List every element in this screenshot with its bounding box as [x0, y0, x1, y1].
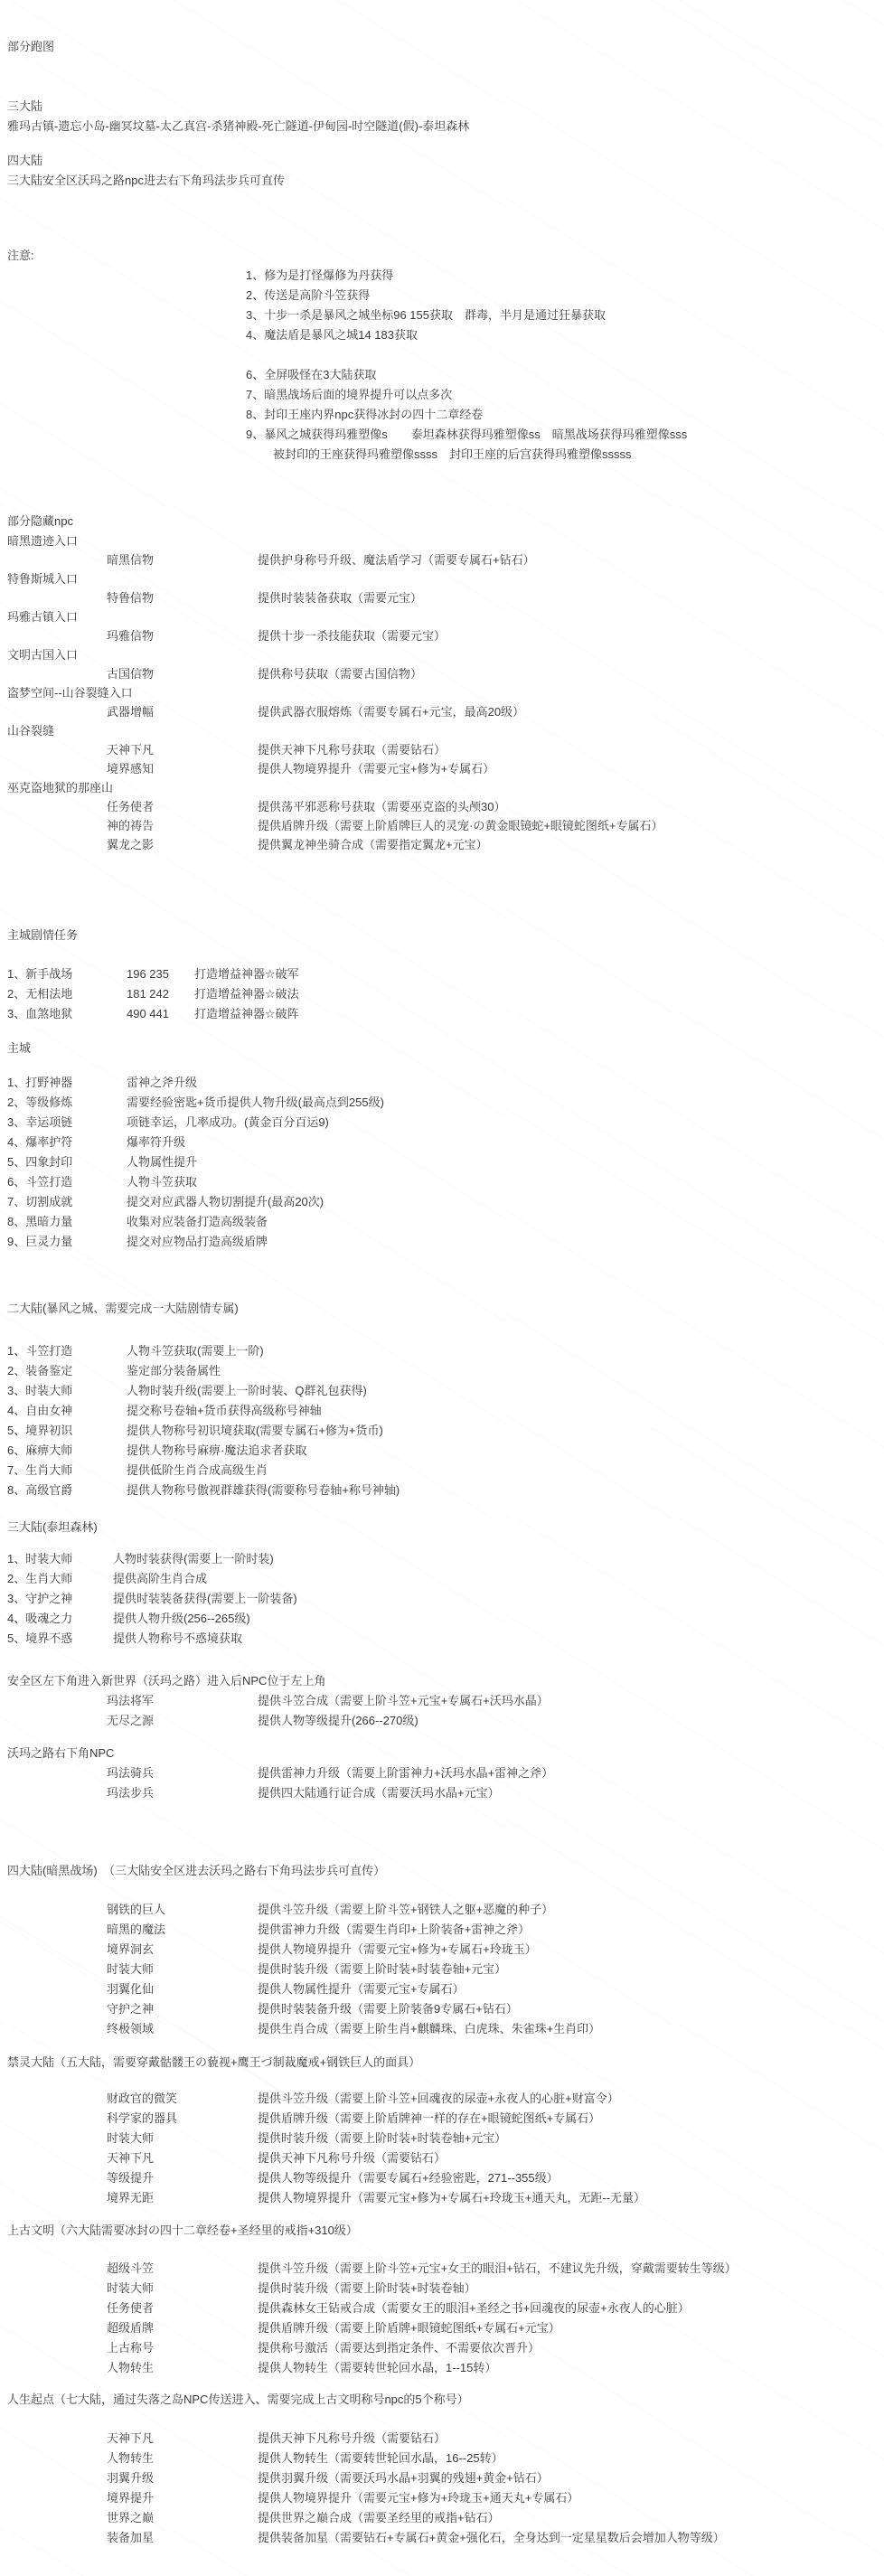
npc-name: 科学家的器具: [107, 2109, 258, 2129]
feature-description: 提供高阶生肖合成: [113, 1572, 207, 1585]
feature-row: 3、幸运项链项链幸运，几率成功。(黄金百分百运9): [7, 1113, 877, 1133]
feature-name: 2、生肖大师: [7, 1569, 113, 1589]
feature-row: 1、时装大师人物时装获得(需要上一阶时装): [7, 1549, 877, 1569]
section-line: 主城: [7, 1039, 877, 1058]
feature-name: 2、等级修炼: [7, 1093, 127, 1113]
npc-name: 守护之神: [107, 1999, 258, 2019]
feature-description: 人物时装升级(需要上一阶时装、Q群礼包获得): [127, 1384, 367, 1397]
feature-description: 提供人物称号傲视群雄获得(需要称号卷轴+称号神轴): [127, 1483, 400, 1497]
feature-description: 提供低阶生肖合成高级生肖: [127, 1463, 268, 1477]
npc-name: 境界洞玄: [107, 1940, 258, 1960]
npc-description: 提供四大陆通行证合成（需要沃玛水晶+元宝）: [258, 1786, 500, 1800]
feature-description: 人物时装获得(需要上一阶时装): [113, 1552, 274, 1565]
npc-description: 提供盾牌升级（需要上阶盾牌巨人的灵宠·の黄金眼镜蛇+眼镜蛇图纸+专属石）: [258, 819, 663, 832]
feature-description: 提交对应物品打造高级盾牌: [127, 1235, 268, 1248]
npc-description: 提供时装装备升级（需要上阶装备9专属石+钻石）: [258, 2002, 518, 2016]
spacer: [7, 1500, 8, 1518]
feature-name: 5、境界不惑: [7, 1629, 113, 1649]
npc-name: 翼龙之影: [107, 835, 258, 854]
npc-row: 玛法步兵提供四大陆通行证合成（需要沃玛水晶+元宝）: [7, 1783, 877, 1803]
feature-row: 6、麻痹大师提供人物称号麻痹·魔法追求者获取: [7, 1441, 877, 1461]
feature-description: 鉴定部分装备属性: [127, 1364, 221, 1377]
task-description: 打造增益神器☆破军: [194, 967, 299, 981]
npc-row: 天神下凡提供天神下凡称号获取（需要钻石）: [7, 740, 877, 759]
spacer: [7, 2378, 8, 2390]
feature-row: 8、高级官爵提供人物称号傲视群雄获得(需要称号卷轴+称号神轴): [7, 1481, 877, 1500]
feature-row: 5、境界初识提供人物称号初识境获取(需要专属石+修为+货币): [7, 1421, 877, 1441]
npc-name: 玛雅信物: [107, 626, 258, 645]
npc-group-header: 文明古国入口: [7, 645, 877, 664]
section-line: 上古文明（六大陆需要冰封の四十二章经卷+圣经里的戒指+310级）: [7, 2221, 877, 2241]
spacer: [7, 2039, 8, 2053]
feature-row: 2、生肖大师提供高阶生肖合成: [7, 1569, 877, 1589]
feature-row: 4、自由女神提交称号卷轴+货币获得高级称号神轴: [7, 1401, 877, 1421]
npc-row: 人物转生提供人物转生（需要转世轮回水晶，16--25转）: [7, 2449, 877, 2468]
npc-description: 提供人物等级提升（需要专属石+经验密匙，271--355级）: [258, 2171, 559, 2185]
feature-row: 5、四象封印人物属性提升: [7, 1152, 877, 1172]
spacer: [7, 1881, 8, 1900]
npc-description: 提供十步一杀技能获取（需要元宝）: [258, 629, 446, 643]
feature-name: 8、黑暗力量: [7, 1212, 127, 1232]
section-line: 二大陆(暴风之城、需要完成一大陆剧情专属): [7, 1299, 877, 1319]
spacer: [7, 1024, 8, 1039]
feature-description: 提交称号卷轴+货币获得高级称号神轴: [127, 1404, 322, 1417]
npc-description: 提供时装升级（需要上阶时装+时装卷轴+元宝）: [258, 2131, 506, 2145]
npc-description: 提供称号激活（需要达到指定条件、不需要依次晋升）: [258, 2341, 540, 2355]
npc-row: 任务使者提供森林女王钻戒合成（需要女王的眼泪+圣经之书+回魂夜的尿壶+永夜人的心…: [7, 2299, 877, 2318]
npc-name: 境界感知: [107, 759, 258, 778]
section-line: 安全区左下角进入新世界（沃玛之路）进入后NPC位于左上角: [7, 1671, 877, 1691]
npc-row: 境界无距提供人物境界提升（需要元宝+修为+专属石+玲珑玉+通天丸，无距--无量）: [7, 2188, 877, 2208]
npc-name: 时装大师: [107, 2279, 258, 2299]
task-description: 打造增益神器☆破阵: [194, 1007, 299, 1020]
task-name: 1、新手战场: [7, 964, 127, 984]
npc-row: 玛法将军提供斗笠合成（需要上阶斗笠+元宝+专属石+沃玛水晶）: [7, 1691, 877, 1711]
spacer: [7, 1319, 8, 1341]
feature-name: 6、斗笠打造: [7, 1172, 127, 1192]
section-line: 三大陆(泰坦森林): [7, 1518, 877, 1537]
feature-row: 9、巨灵力量提交对应物品打造高级盾牌: [7, 1232, 877, 1252]
npc-name: 无尽之源: [107, 1711, 258, 1731]
section-line: 四大陆: [7, 151, 877, 171]
npc-name: 钢铁的巨人: [107, 1900, 258, 1920]
npc-description: 提供护身称号升级、魔法盾学习（需要专属石+钻石）: [258, 553, 535, 567]
npc-group-header: 盗梦空间--山谷裂缝入口: [7, 683, 877, 702]
npc-description: 提供生肖合成（需要上阶生肖+麒麟珠、白虎珠、朱雀珠+生肖印）: [258, 2022, 600, 2035]
npc-row: 境界洞玄提供人物境界提升（需要元宝+修为+专属石+玲珑玉）: [7, 1940, 877, 1960]
feature-description: 项链幸运，几率成功。(黄金百分百运9): [127, 1115, 329, 1129]
feature-row: 7、生肖大师提供低阶生肖合成高级生肖: [7, 1461, 877, 1481]
feature-name: 1、打野神器: [7, 1073, 127, 1093]
note-item: 4、魔法盾是暴风之城14 183获取: [7, 325, 877, 345]
feature-description: 雷神之斧升级: [127, 1076, 197, 1089]
feature-row: 1、打野神器雷神之斧升级: [7, 1073, 877, 1093]
section-line: 注意:: [7, 246, 877, 266]
npc-row: 装备加星提供装备加星（需要钻石+专属石+黄金+强化石，全身达到一定星星数后会增加…: [7, 2528, 877, 2548]
npc-description: 提供人物转生（需要转世轮回水晶，16--25转）: [258, 2451, 503, 2465]
note-item: 6、全屏吸怪在3大陆获取: [7, 365, 877, 385]
npc-row: 超级盾牌提供盾牌升级（需要上阶盾牌+眼镜蛇图纸+专属石+元宝）: [7, 2318, 877, 2338]
feature-name: 3、守护之神: [7, 1589, 113, 1609]
feature-row: 8、黑暗力量收集对应装备打造高级装备: [7, 1212, 877, 1232]
feature-description: 爆率符升级: [127, 1135, 185, 1149]
section-line: 部分隐藏npc: [7, 512, 877, 531]
npc-description: 提供人物境界提升（需要元宝+修为+专属石）: [258, 762, 494, 776]
feature-description: 人物属性提升: [127, 1155, 197, 1169]
npc-name: 时装大师: [107, 1960, 258, 1979]
npc-row: 时装大师提供时装升级（需要上阶时装+时装卷轴+元宝）: [7, 1960, 877, 1979]
spacer: [7, 1537, 8, 1549]
npc-name: 玛法将军: [107, 1691, 258, 1711]
task-coordinates: 196 235: [127, 964, 194, 984]
spacer: [7, 1803, 8, 1861]
spacer: [7, 854, 8, 926]
feature-description: 人物斗笠获取: [127, 1175, 197, 1189]
npc-group-header: 暗黑遗迹入口: [7, 531, 877, 550]
npc-name: 羽翼升级: [107, 2468, 258, 2488]
npc-row: 上古称号提供称号激活（需要达到指定条件、不需要依次晋升）: [7, 2338, 877, 2358]
feature-name: 9、巨灵力量: [7, 1232, 127, 1252]
feature-row: 7、切割成就提交对应武器人物切割提升(最高20次): [7, 1192, 877, 1212]
feature-name: 4、吸魂之力: [7, 1609, 113, 1629]
npc-row: 人物转生提供人物转生（需要转世轮回水晶，1--15转）: [7, 2358, 877, 2378]
npc-name: 终极领域: [107, 2019, 258, 2039]
npc-row: 神的祷告提供盾牌升级（需要上阶盾牌巨人的灵宠·の黄金眼镜蛇+眼镜蛇图纸+专属石）: [7, 816, 877, 835]
feature-row: 3、守护之神提供时装装备获得(需要上一阶装备): [7, 1589, 877, 1609]
note-item-continued: 被封印的王座获得玛雅塑像ssss 封印王座的后宫获得玛雅塑像sssss: [7, 445, 877, 465]
feature-description: 提供人物称号不惑境获取: [113, 1631, 242, 1645]
npc-name: 天神下凡: [107, 740, 258, 759]
feature-name: 7、生肖大师: [7, 1461, 127, 1481]
npc-row: 任务使者提供荡平邪恶称号获取（需要巫克盗的头颅30）: [7, 797, 877, 816]
npc-description: 提供荡平邪恶称号获取（需要巫克盗的头颅30）: [258, 800, 505, 813]
section-line: 四大陆(暗黑战场) （三大陆安全区进去沃玛之路右下角玛法步兵可直传）: [7, 1861, 877, 1881]
npc-name: 古国信物: [107, 664, 258, 683]
npc-row: 财政官的微笑提供斗笠升级（需要上阶斗笠+回魂夜的尿壶+永夜人的心脏+财富令）: [7, 2089, 877, 2109]
spacer: [7, 1058, 8, 1073]
npc-row: 翼龙之影提供翼龙神坐骑合成（需要指定翼龙+元宝）: [7, 835, 877, 854]
feature-row: 6、斗笠打造人物斗笠获取: [7, 1172, 877, 1192]
npc-group-header: 山谷裂缝: [7, 721, 877, 740]
spacer: [7, 136, 8, 151]
npc-name: 人物转生: [107, 2358, 258, 2378]
npc-name: 财政官的微笑: [107, 2089, 258, 2109]
npc-description: 提供时装升级（需要上阶时装+时装卷轴）: [258, 2281, 476, 2295]
section-line: 主城剧情任务: [7, 926, 877, 945]
feature-description: 人物斗笠获取(需要上一阶): [127, 1344, 264, 1358]
feature-row: 3、时装大师人物时装升级(需要上一阶时装、Q群礼包获得): [7, 1381, 877, 1401]
feature-name: 1、斗笠打造: [7, 1341, 127, 1361]
npc-row: 古国信物提供称号获取（需要古国信物）: [7, 664, 877, 683]
npc-description: 提供人物境界提升（需要元宝+修为+专属石+玲珑玉）: [258, 1942, 537, 1956]
npc-name: 人物转生: [107, 2449, 258, 2468]
npc-description: 提供武器衣服熔炼（需要专属石+元宝，最高20级）: [258, 705, 524, 719]
npc-name: 世界之巅: [107, 2508, 258, 2528]
spacer: [7, 2241, 8, 2259]
npc-row: 超级斗笠提供斗笠升级（需要上阶斗笠+元宝+女王的眼泪+钻石，不建议先升级，穿戴需…: [7, 2259, 877, 2279]
feature-name: 5、境界初识: [7, 1421, 127, 1441]
npc-name: 境界提升: [107, 2488, 258, 2508]
npc-name: 羽翼化仙: [107, 1979, 258, 1999]
spacer: [7, 2073, 8, 2089]
task-description: 打造增益神器☆破法: [194, 987, 299, 1001]
spacer: [7, 191, 8, 246]
npc-description: 提供斗笠升级（需要上阶斗笠+钢铁人之躯+恶魔的种子）: [258, 1903, 553, 1916]
feature-row: 4、吸魂之力提供人物升级(256--265级): [7, 1609, 877, 1629]
feature-description: 提供人物升级(256--265级): [113, 1612, 250, 1625]
spacer: [7, 945, 8, 964]
npc-name: 天神下凡: [107, 2429, 258, 2449]
npc-row: 科学家的器具提供盾牌升级（需要上阶盾牌神一样的存在+眼镜蛇图纸+专属石）: [7, 2109, 877, 2129]
npc-name: 等级提升: [107, 2168, 258, 2188]
section-line: 三大陆: [7, 97, 877, 117]
task-coordinates: 490 441: [127, 1004, 194, 1024]
npc-name: 上古称号: [107, 2338, 258, 2358]
npc-description: 提供斗笠合成（需要上阶斗笠+元宝+专属石+沃玛水晶）: [258, 1694, 549, 1707]
feature-row: 5、境界不惑提供人物称号不惑境获取: [7, 1629, 877, 1649]
note-item: 7、暗黑战场后面的境界提升可以点多次: [7, 385, 877, 405]
story-task-row: 3、血煞地狱490 441打造增益神器☆破阵: [7, 1004, 877, 1024]
npc-description: 提供斗笠升级（需要上阶斗笠+元宝+女王的眼泪+钻石，不建议先升级，穿戴需要转生等…: [258, 2261, 737, 2275]
feature-name: 3、时装大师: [7, 1381, 127, 1401]
npc-row: 暗黑的魔法提供雷神力升级（需要生肖印+上阶装备+雷神之斧）: [7, 1920, 877, 1940]
npc-row: 羽翼升级提供羽翼升级（需要沃玛水晶+羽翼的残翅+黄金+钻石）: [7, 2468, 877, 2488]
guide-document: 部分跑图三大陆雅玛古镇-遗忘小岛-幽冥坟墓-太乙真宫-杀猪神殿-死亡隧道-伊甸园…: [0, 0, 884, 2548]
section-line: 禁灵大陆（五大陆，需要穿戴骷髅王の藐视+鹰王づ制裁魔戒+钢铁巨人的面具）: [7, 2053, 877, 2073]
npc-name: 境界无距: [107, 2188, 258, 2208]
page-title: 部分跑图: [7, 37, 877, 57]
feature-name: 4、爆率护符: [7, 1133, 127, 1152]
spacer: [7, 1731, 8, 1744]
feature-name: 2、装备鉴定: [7, 1361, 127, 1381]
npc-row: 天神下凡提供天神下凡称号升级（需要钻石）: [7, 2429, 877, 2449]
npc-name: 暗黑信物: [107, 550, 258, 569]
npc-row: 特鲁信物提供时装装备获取（需要元宝）: [7, 588, 877, 607]
npc-description: 提供称号获取（需要古国信物）: [258, 667, 422, 681]
task-name: 3、血煞地狱: [7, 1004, 127, 1024]
npc-row: 无尽之源提供人物等级提升(266--270级): [7, 1711, 877, 1731]
feature-description: 提供人物称号初识境获取(需要专属石+修为+货币): [127, 1424, 383, 1437]
npc-description: 提供盾牌升级（需要上阶盾牌+眼镜蛇图纸+专属石+元宝）: [258, 2321, 560, 2335]
npc-description: 提供翼龙神坐骑合成（需要指定翼龙+元宝）: [258, 838, 488, 851]
npc-row: 天神下凡提供天神下凡称号升级（需要钻石）: [7, 2148, 877, 2168]
npc-description: 提供天神下凡称号升级（需要钻石）: [258, 2151, 446, 2165]
npc-row: 世界之巅提供世界之巅合成（需要圣经里的戒指+钻石）: [7, 2508, 877, 2528]
npc-name: 玛法步兵: [107, 1783, 258, 1803]
story-task-row: 1、新手战场196 235打造增益神器☆破军: [7, 964, 877, 984]
npc-name: 装备加星: [107, 2528, 258, 2548]
npc-description: 提供人物境界提升（需要元宝+修为+玲珑玉+通天丸+专属石）: [258, 2491, 578, 2505]
npc-description: 提供世界之巅合成（需要圣经里的戒指+钻石）: [258, 2511, 500, 2524]
feature-row: 2、装备鉴定鉴定部分装备属性: [7, 1361, 877, 1381]
npc-description: 提供装备加星（需要钻石+专属石+黄金+强化石，全身达到一定星星数后会增加人物等级…: [258, 2531, 725, 2544]
task-name: 2、无相法地: [7, 984, 127, 1004]
section-line: 人生起点（七大陆，通过失落之岛NPC传送进入、需要完成上古文明称号npc的5个称…: [7, 2390, 877, 2410]
document-page: { "doc": { "title": "部分跑图", "blocks": [ …: [0, 0, 884, 2576]
npc-row: 等级提升提供人物等级提升（需要专属石+经验密匙，271--355级）: [7, 2168, 877, 2188]
spacer: [7, 2410, 8, 2429]
npc-row: 玛雅信物提供十步一杀技能获取（需要元宝）: [7, 626, 877, 645]
note-item: 9、暴风之城获得玛雅塑像s 泰坦森林获得玛雅塑像ss 暗黑战场获得玛雅塑像sss: [7, 425, 877, 445]
section-line: 三大陆安全区沃玛之路npc进去右下角玛法步兵可直传: [7, 171, 877, 191]
npc-group-header: 巫克盗地狱的那座山: [7, 778, 877, 797]
feature-name: 1、时装大师: [7, 1549, 113, 1569]
npc-name: 武器增幅: [107, 702, 258, 721]
npc-name: 神的祷告: [107, 816, 258, 835]
section-line: 沃玛之路右下角NPC: [7, 1744, 877, 1763]
npc-name: 超级斗笠: [107, 2259, 258, 2279]
feature-description: 需要经验密匙+货币提供人物升级(最高点到255级): [127, 1095, 384, 1109]
note-item: 2、传送是高阶斗笠获得: [7, 286, 877, 306]
feature-row: 4、爆率护符爆率符升级: [7, 1133, 877, 1152]
spacer: [7, 345, 8, 365]
note-item: 3、十步一杀是暴风之城坐标96 155获取 群毒，半月是通过狂暴获取: [7, 306, 877, 325]
npc-name: 超级盾牌: [107, 2318, 258, 2338]
feature-description: 提交对应武器人物切割提升(最高20次): [127, 1195, 324, 1208]
npc-row: 羽翼化仙提供人物属性提升（需要元宝+专属石）: [7, 1979, 877, 1999]
npc-description: 提供斗笠升级（需要上阶斗笠+回魂夜的尿壶+永夜人的心脏+财富令）: [258, 2092, 619, 2105]
story-task-row: 2、无相法地181 242打造增益神器☆破法: [7, 984, 877, 1004]
npc-name: 特鲁信物: [107, 588, 258, 607]
feature-row: 2、等级修炼需要经验密匙+货币提供人物升级(最高点到255级): [7, 1093, 877, 1113]
feature-description: 提供人物称号麻痹·魔法追求者获取: [127, 1443, 306, 1457]
npc-name: 玛法骑兵: [107, 1763, 258, 1783]
feature-name: 6、麻痹大师: [7, 1441, 127, 1461]
spacer: [7, 2208, 8, 2221]
feature-name: 8、高级官爵: [7, 1481, 127, 1500]
spacer: [7, 57, 8, 97]
npc-row: 武器增幅提供武器衣服熔炼（需要专属石+元宝，最高20级）: [7, 702, 877, 721]
npc-description: 提供雷神力升级（需要上阶雷神力+沃玛水晶+雷神之斧）: [258, 1766, 553, 1780]
npc-description: 提供人物等级提升(266--270级): [258, 1714, 418, 1727]
note-item: 1、修为是打怪爆修为丹获得: [7, 266, 877, 286]
npc-description: 提供人物属性提升（需要元宝+专属石）: [258, 1982, 465, 1996]
npc-description: 提供时装升级（需要上阶时装+时装卷轴+元宝）: [258, 1962, 506, 1976]
npc-row: 境界提升提供人物境界提升（需要元宝+修为+玲珑玉+通天丸+专属石）: [7, 2488, 877, 2508]
npc-description: 提供森林女王钻戒合成（需要女王的眼泪+圣经之书+回魂夜的尿壶+永夜人的心脏）: [258, 2301, 690, 2315]
npc-name: 天神下凡: [107, 2148, 258, 2168]
npc-description: 提供人物境界提升（需要元宝+修为+专属石+玲珑玉+通天丸，无距--无量）: [258, 2191, 645, 2205]
npc-row: 暗黑信物提供护身称号升级、魔法盾学习（需要专属石+钻石）: [7, 550, 877, 569]
npc-description: 提供雷神力升级（需要生肖印+上阶装备+雷神之斧）: [258, 1923, 530, 1936]
feature-name: 3、幸运项链: [7, 1113, 127, 1133]
feature-name: 7、切割成就: [7, 1192, 127, 1212]
npc-row: 时装大师提供时装升级（需要上阶时装+时装卷轴）: [7, 2279, 877, 2299]
feature-description: 提供时装装备获得(需要上一阶装备): [113, 1592, 297, 1605]
feature-row: 1、斗笠打造人物斗笠获取(需要上一阶): [7, 1341, 877, 1361]
npc-row: 时装大师提供时装升级（需要上阶时装+时装卷轴+元宝）: [7, 2129, 877, 2148]
task-coordinates: 181 242: [127, 984, 194, 1004]
npc-description: 提供天神下凡称号获取（需要钻石）: [258, 743, 446, 757]
npc-name: 时装大师: [107, 2129, 258, 2148]
npc-description: 提供天神下凡称号升级（需要钻石）: [258, 2431, 446, 2445]
npc-name: 任务使者: [107, 797, 258, 816]
npc-row: 钢铁的巨人提供斗笠升级（需要上阶斗笠+钢铁人之躯+恶魔的种子）: [7, 1900, 877, 1920]
npc-row: 守护之神提供时装装备升级（需要上阶装备9专属石+钻石）: [7, 1999, 877, 2019]
note-item: 8、封印王座内界npc获得冰封の四十二章经卷: [7, 405, 877, 425]
section-line: 雅玛古镇-遗忘小岛-幽冥坟墓-太乙真宫-杀猪神殿-死亡隧道-伊甸园-时空隧道(假…: [7, 117, 877, 136]
npc-name: 暗黑的魔法: [107, 1920, 258, 1940]
feature-name: 4、自由女神: [7, 1401, 127, 1421]
npc-description: 提供人物转生（需要转世轮回水晶，1--15转）: [258, 2361, 496, 2374]
npc-description: 提供时装装备获取（需要元宝）: [258, 591, 422, 605]
npc-name: 任务使者: [107, 2299, 258, 2318]
npc-description: 提供羽翼升级（需要沃玛水晶+羽翼的残翅+黄金+钻石）: [258, 2471, 549, 2485]
npc-group-header: 玛雅古镇入口: [7, 607, 877, 626]
spacer: [7, 465, 8, 512]
spacer: [7, 1649, 8, 1671]
npc-row: 玛法骑兵提供雷神力升级（需要上阶雷神力+沃玛水晶+雷神之斧）: [7, 1763, 877, 1783]
feature-name: 5、四象封印: [7, 1152, 127, 1172]
npc-row: 境界感知提供人物境界提升（需要元宝+修为+专属石）: [7, 759, 877, 778]
spacer: [7, 1252, 8, 1299]
feature-description: 收集对应装备打造高级装备: [127, 1215, 268, 1228]
npc-description: 提供盾牌升级（需要上阶盾牌神一样的存在+眼镜蛇图纸+专属石）: [258, 2111, 600, 2125]
npc-group-header: 特鲁斯城入口: [7, 569, 877, 588]
npc-row: 终极领域提供生肖合成（需要上阶生肖+麒麟珠、白虎珠、朱雀珠+生肖印）: [7, 2019, 877, 2039]
